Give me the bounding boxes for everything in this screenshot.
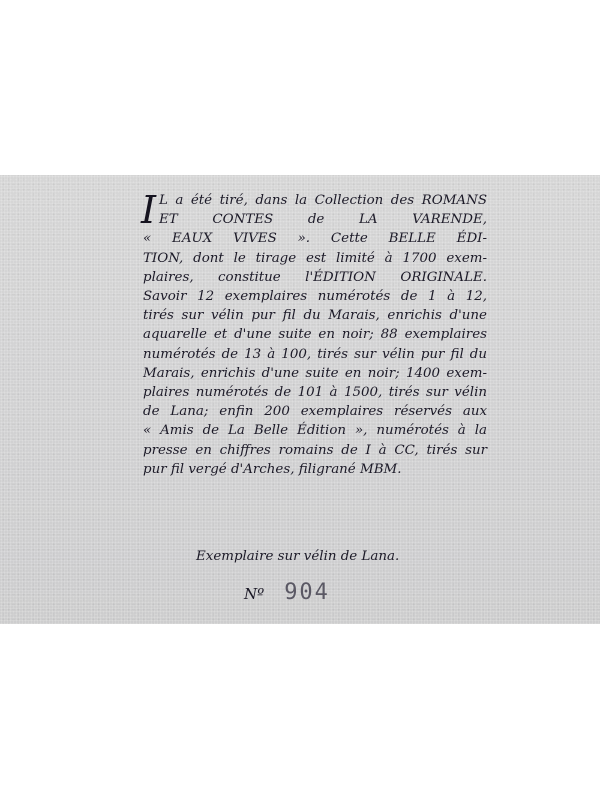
number-label: Nº — [244, 585, 264, 603]
copy-number: Nº 904 — [244, 580, 330, 605]
colophon-line: de Lana; enfin 200 exemplaires réservés … — [143, 402, 487, 421]
colophon-text: I L a été tiré, dans la Collection des R… — [143, 191, 487, 479]
colophon-line: « Amis de La Belle Édition », numérotés … — [143, 421, 487, 440]
colophon-line: presse en chiffres romains de I à CC, ti… — [143, 441, 487, 460]
colophon-line: plaires, constitue l'ÉDITION ORIGINALE. — [143, 268, 487, 287]
copy-note: Exemplaire sur vélin de Lana. — [196, 549, 399, 564]
colophon-line: aquarelle et d'une suite en noir; 88 exe… — [143, 325, 487, 344]
colophon-line: L a été tiré, dans la Collection des ROM… — [143, 191, 487, 210]
colophon-line: « EAUX VIVES ». Cette BELLE ÉDI- — [143, 229, 487, 248]
colophon-line: Savoir 12 exemplaires numérotés de 1 à 1… — [143, 287, 487, 306]
number-value: 904 — [284, 580, 330, 605]
colophon-line: tirés sur vélin pur fil du Marais, enric… — [143, 306, 487, 325]
colophon-line: Marais, enrichis d'une suite en noir; 14… — [143, 364, 487, 383]
colophon-line: numérotés de 13 à 100, tirés sur vélin p… — [143, 345, 487, 364]
colophon-line: plaires numérotés de 101 à 1500, tirés s… — [143, 383, 487, 402]
drop-cap: I — [141, 194, 156, 226]
colophon-line: TION, dont le tirage est limité à 1700 e… — [143, 249, 487, 268]
colophon-line: pur fil vergé d'Arches, filigrané MBM. — [143, 460, 487, 479]
colophon-line: ET CONTES de LA VARENDE, — [143, 210, 487, 229]
